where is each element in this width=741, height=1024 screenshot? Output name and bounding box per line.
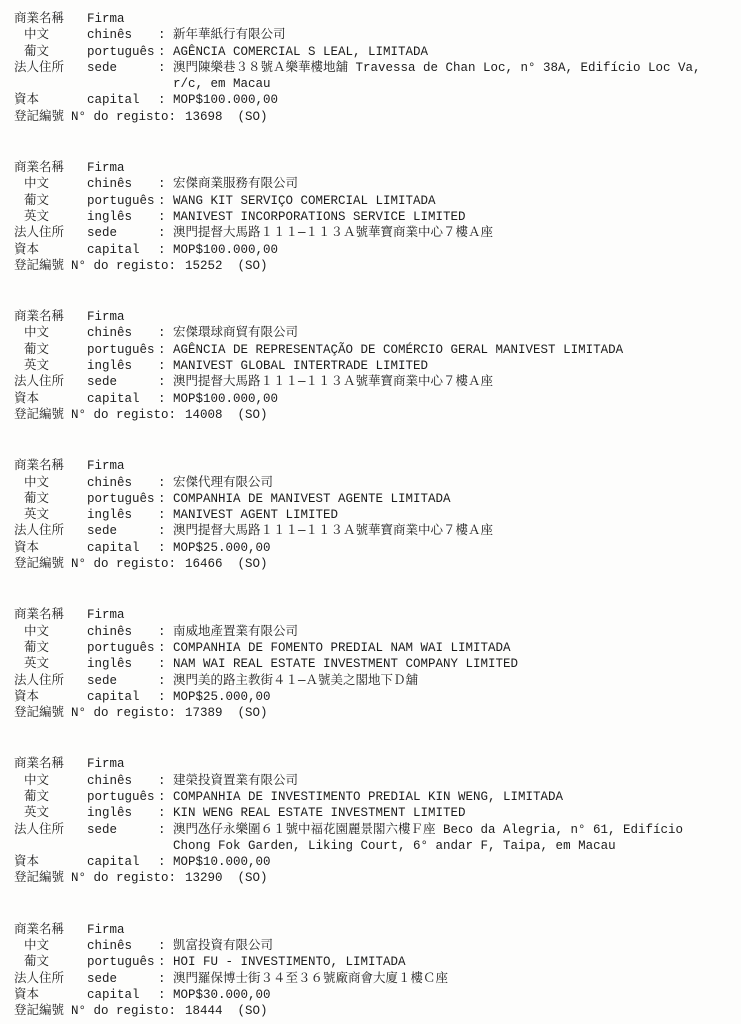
- field-value-cell: :澳門美的路主教街４１—Ａ號美之閣地下Ｄ舖: [158, 673, 725, 689]
- field-value-cell: :宏傑商業服務有限公司: [158, 176, 725, 192]
- field-row: 法人住所sede:澳門羅保博士街３４至３６號廠商會大廈１樓Ｃ座: [14, 971, 725, 987]
- record-block-3: 商業名稱Firma中文chinês:宏傑環球商貿有限公司葡文português:…: [14, 309, 725, 423]
- label-chinese: 法人住所: [14, 523, 87, 539]
- label-portuguese: sede: [87, 822, 158, 838]
- label-portuguese: capital: [87, 242, 158, 258]
- field-row: 登記編號N° do registo:16466 (SO): [14, 556, 725, 572]
- label-portuguese: chinês: [87, 624, 158, 640]
- label-chinese: 登記編號: [14, 258, 64, 274]
- label-chinese: 中文: [14, 325, 87, 341]
- field-row: 資本capital:MOP$100.000,00: [14, 92, 725, 108]
- field-value-cell: :南威地產置業有限公司: [158, 624, 725, 640]
- label-chinese: 資本: [14, 92, 87, 108]
- field-row: 商業名稱Firma: [14, 756, 725, 772]
- label-portuguese: sede: [87, 60, 158, 76]
- field-value-cell: :WANG KIT SERVIÇO COMERCIAL LIMITADA: [158, 193, 725, 209]
- field-row: 資本capital:MOP$10.000,00: [14, 854, 725, 870]
- field-row: 登記編號N° do registo:17389 (SO): [14, 705, 725, 721]
- field-row: 葡文português:HOI FU - INVESTIMENTO, LIMIT…: [14, 954, 725, 970]
- label-chinese: 英文: [14, 209, 87, 225]
- label-portuguese: N° do registo:: [71, 556, 176, 572]
- field-value: 18444 (SO): [185, 1003, 268, 1019]
- field-row: 商業名稱Firma: [14, 922, 725, 938]
- label-portuguese: N° do registo:: [71, 258, 176, 274]
- field-value: MANIVEST GLOBAL INTERTRADE LIMITED: [173, 358, 725, 374]
- field-value: COMPANHIA DE INVESTIMENTO PREDIAL KIN WE…: [173, 789, 725, 805]
- field-row: 葡文português:WANG KIT SERVIÇO COMERCIAL L…: [14, 193, 725, 209]
- label-chinese: 資本: [14, 540, 87, 556]
- field-row: 法人住所sede:澳門提督大馬路１１１—１１３Ａ號華寶商業中心７樓Ａ座: [14, 523, 725, 539]
- label-portuguese: capital: [87, 854, 158, 870]
- field-value: 凱富投資有限公司: [173, 938, 725, 954]
- field-value: AGÊNCIA COMERCIAL S LEAL, LIMITADA: [173, 44, 725, 60]
- field-row: 法人住所sede:澳門美的路主教街４１—Ａ號美之閣地下Ｄ舖: [14, 673, 725, 689]
- record-block-5: 商業名稱Firma中文chinês:南威地產置業有限公司葡文português:…: [14, 607, 725, 721]
- field-value-cell: 17389 (SO): [185, 705, 268, 721]
- field-value: 16466 (SO): [185, 556, 268, 572]
- colon-separator: :: [158, 954, 173, 970]
- label-chinese: 英文: [14, 805, 87, 821]
- record-block-6: 商業名稱Firma中文chinês:建榮投資置業有限公司葡文português:…: [14, 756, 725, 886]
- field-row: 中文chinês:宏傑商業服務有限公司: [14, 176, 725, 192]
- label-portuguese: sede: [87, 523, 158, 539]
- label-portuguese: inglês: [87, 656, 158, 672]
- field-value: MOP$25.000,00: [173, 540, 725, 556]
- field-row: 商業名稱Firma: [14, 607, 725, 623]
- field-row: 商業名稱Firma: [14, 160, 725, 176]
- field-value: 15252 (SO): [185, 258, 268, 274]
- registry-page: 商業名稱Firma中文chinês:新年華紙行有限公司葡文português:A…: [0, 0, 741, 1024]
- label-portuguese: Firma: [87, 309, 158, 325]
- colon-separator: :: [158, 673, 173, 689]
- label-portuguese: capital: [87, 689, 158, 705]
- record-block-2: 商業名稱Firma中文chinês:宏傑商業服務有限公司葡文português:…: [14, 160, 725, 274]
- label-portuguese: inglês: [87, 805, 158, 821]
- label-portuguese: Firma: [87, 11, 158, 27]
- label-chinese: 葡文: [14, 789, 87, 805]
- field-value-cell: :MANIVEST GLOBAL INTERTRADE LIMITED: [158, 358, 725, 374]
- field-value: MOP$25.000,00: [173, 689, 725, 705]
- label-chinese: 葡文: [14, 491, 87, 507]
- field-row: 資本capital:MOP$30.000,00: [14, 987, 725, 1003]
- label-chinese: 葡文: [14, 193, 87, 209]
- field-row: 中文chinês:南威地產置業有限公司: [14, 624, 725, 640]
- label-chinese: 中文: [14, 27, 87, 43]
- label-chinese: 中文: [14, 938, 87, 954]
- colon-separator: :: [158, 938, 173, 954]
- label-chinese: 登記編號: [14, 109, 64, 125]
- field-value-cell: :COMPANHIA DE INVESTIMENTO PREDIAL KIN W…: [158, 789, 725, 805]
- field-value-cell: :MOP$30.000,00: [158, 987, 725, 1003]
- label-portuguese: sede: [87, 374, 158, 390]
- field-row: 商業名稱Firma: [14, 458, 725, 474]
- field-row: 法人住所sede:澳門提督大馬路１１１—１１３Ａ號華寶商業中心７樓Ａ座: [14, 374, 725, 390]
- field-value-cell: :MOP$10.000,00: [158, 854, 725, 870]
- colon-separator: :: [158, 523, 173, 539]
- field-value-cell: 16466 (SO): [185, 556, 268, 572]
- field-value: MOP$10.000,00: [173, 854, 725, 870]
- field-row: 中文chinês:宏傑代理有限公司: [14, 475, 725, 491]
- label-portuguese: capital: [87, 92, 158, 108]
- label-chinese: 商業名稱: [14, 756, 87, 772]
- field-value: 澳門美的路主教街４１—Ａ號美之閣地下Ｄ舖: [173, 673, 725, 689]
- label-portuguese: chinês: [87, 475, 158, 491]
- field-row: 登記編號N° do registo:18444 (SO): [14, 1003, 725, 1019]
- label-portuguese: português: [87, 640, 158, 656]
- label-portuguese: chinês: [87, 325, 158, 341]
- colon-separator: :: [158, 987, 173, 1003]
- label-portuguese: Firma: [87, 922, 158, 938]
- label-chinese: 法人住所: [14, 225, 87, 241]
- field-row: 中文chinês:宏傑環球商貿有限公司: [14, 325, 725, 341]
- label-portuguese: Firma: [87, 607, 158, 623]
- colon-separator: :: [158, 242, 173, 258]
- colon-separator: :: [158, 805, 173, 821]
- field-value: COMPANHIA DE MANIVEST AGENTE LIMITADA: [173, 491, 725, 507]
- field-value-cell: :宏傑環球商貿有限公司: [158, 325, 725, 341]
- label-chinese: 登記編號: [14, 705, 64, 721]
- label-portuguese: Firma: [87, 160, 158, 176]
- field-value-cell: :澳門氹仔永樂圍６１號中福花園麗景閣六樓Ｆ座 Beco da Alegria, …: [158, 822, 725, 855]
- colon-separator: :: [158, 689, 173, 705]
- field-row: 中文chinês:建榮投資置業有限公司: [14, 773, 725, 789]
- colon-separator: :: [158, 507, 173, 523]
- label-portuguese: chinês: [87, 773, 158, 789]
- label-chinese: 英文: [14, 656, 87, 672]
- label-chinese: 商業名稱: [14, 309, 87, 325]
- field-value: WANG KIT SERVIÇO COMERCIAL LIMITADA: [173, 193, 725, 209]
- field-row: 資本capital:MOP$25.000,00: [14, 540, 725, 556]
- label-chinese: 英文: [14, 358, 87, 374]
- colon-separator: :: [158, 342, 173, 358]
- field-row: 英文inglês:KIN WENG REAL ESTATE INVESTMENT…: [14, 805, 725, 821]
- colon-separator: :: [158, 209, 173, 225]
- label-portuguese: chinês: [87, 938, 158, 954]
- label-chinese: 葡文: [14, 44, 87, 60]
- record-block-4: 商業名稱Firma中文chinês:宏傑代理有限公司葡文português:CO…: [14, 458, 725, 572]
- field-value-cell: :COMPANHIA DE FOMENTO PREDIAL NAM WAI LI…: [158, 640, 725, 656]
- field-value: 澳門羅保博士街３４至３６號廠商會大廈１樓Ｃ座: [173, 971, 725, 987]
- field-value: 澳門提督大馬路１１１—１１３Ａ號華寶商業中心７樓Ａ座: [173, 225, 725, 241]
- field-row: 中文chinês:新年華紙行有限公司: [14, 27, 725, 43]
- label-chinese: 英文: [14, 507, 87, 523]
- field-value: 14008 (SO): [185, 407, 268, 423]
- field-value-cell: 18444 (SO): [185, 1003, 268, 1019]
- label-chinese: 登記編號: [14, 870, 64, 886]
- label-chinese: 商業名稱: [14, 922, 87, 938]
- colon-separator: :: [158, 225, 173, 241]
- field-row: 法人住所sede:澳門陳樂巷３８號Ａ樂華樓地舖 Travessa de Chan…: [14, 60, 725, 93]
- label-portuguese: português: [87, 954, 158, 970]
- label-chinese: 商業名稱: [14, 11, 87, 27]
- label-portuguese: Firma: [87, 458, 158, 474]
- field-value: MANIVEST INCORPORATIONS SERVICE LIMITED: [173, 209, 725, 225]
- field-value: COMPANHIA DE FOMENTO PREDIAL NAM WAI LIM…: [173, 640, 725, 656]
- field-value-cell: :宏傑代理有限公司: [158, 475, 725, 491]
- label-portuguese: N° do registo:: [71, 870, 176, 886]
- label-chinese: 登記編號: [14, 407, 64, 423]
- colon-separator: :: [158, 475, 173, 491]
- colon-separator: :: [158, 491, 173, 507]
- field-row: 法人住所sede:澳門提督大馬路１１１—１１３Ａ號華寶商業中心７樓Ａ座: [14, 225, 725, 241]
- field-row: 資本capital:MOP$100.000,00: [14, 242, 725, 258]
- label-chinese: 法人住所: [14, 60, 87, 76]
- field-value-cell: :NAM WAI REAL ESTATE INVESTMENT COMPANY …: [158, 656, 725, 672]
- field-row: 中文chinês:凱富投資有限公司: [14, 938, 725, 954]
- field-value-cell: :KIN WENG REAL ESTATE INVESTMENT LIMITED: [158, 805, 725, 821]
- label-chinese: 葡文: [14, 954, 87, 970]
- field-row: 葡文português:COMPANHIA DE MANIVEST AGENTE…: [14, 491, 725, 507]
- label-chinese: 商業名稱: [14, 458, 87, 474]
- field-value: 宏傑代理有限公司: [173, 475, 725, 491]
- colon-separator: :: [158, 27, 173, 43]
- field-value-cell: :MOP$25.000,00: [158, 689, 725, 705]
- field-value: 澳門提督大馬路１１１—１１３Ａ號華寶商業中心７樓Ａ座: [173, 374, 725, 390]
- label-portuguese: inglês: [87, 209, 158, 225]
- field-value: 澳門陳樂巷３８號Ａ樂華樓地舖 Travessa de Chan Loc, n° …: [173, 60, 725, 93]
- field-value: MANIVEST AGENT LIMITED: [173, 507, 725, 523]
- field-row: 登記編號N° do registo:15252 (SO): [14, 258, 725, 274]
- colon-separator: :: [158, 822, 173, 838]
- field-row: 英文inglês:MANIVEST GLOBAL INTERTRADE LIMI…: [14, 358, 725, 374]
- field-value: KIN WENG REAL ESTATE INVESTMENT LIMITED: [173, 805, 725, 821]
- field-value-cell: :MOP$100.000,00: [158, 92, 725, 108]
- field-value: MOP$30.000,00: [173, 987, 725, 1003]
- label-chinese: 中文: [14, 624, 87, 640]
- label-chinese: 中文: [14, 176, 87, 192]
- label-portuguese: chinês: [87, 27, 158, 43]
- field-row: 英文inglês:MANIVEST AGENT LIMITED: [14, 507, 725, 523]
- field-value-cell: :MOP$100.000,00: [158, 242, 725, 258]
- field-value: 南威地產置業有限公司: [173, 624, 725, 640]
- label-chinese: 法人住所: [14, 822, 87, 838]
- colon-separator: :: [158, 971, 173, 987]
- field-value: 澳門提督大馬路１１１—１１３Ａ號華寶商業中心７樓Ａ座: [173, 523, 725, 539]
- field-value: 宏傑環球商貿有限公司: [173, 325, 725, 341]
- label-chinese: 葡文: [14, 640, 87, 656]
- field-value-cell: :MANIVEST AGENT LIMITED: [158, 507, 725, 523]
- field-value-cell: 15252 (SO): [185, 258, 268, 274]
- field-value: 澳門氹仔永樂圍６１號中福花園麗景閣六樓Ｆ座 Beco da Alegria, n…: [173, 822, 725, 855]
- label-portuguese: capital: [87, 391, 158, 407]
- field-value-cell: :MOP$25.000,00: [158, 540, 725, 556]
- field-value-cell: 14008 (SO): [185, 407, 268, 423]
- label-portuguese: português: [87, 193, 158, 209]
- field-value-cell: :建榮投資置業有限公司: [158, 773, 725, 789]
- label-portuguese: N° do registo:: [71, 109, 176, 125]
- field-value-cell: :MOP$100.000,00: [158, 391, 725, 407]
- field-value-cell: :澳門陳樂巷３８號Ａ樂華樓地舖 Travessa de Chan Loc, n°…: [158, 60, 725, 93]
- label-portuguese: português: [87, 789, 158, 805]
- field-row: 登記編號N° do registo:13290 (SO): [14, 870, 725, 886]
- field-row: 法人住所sede:澳門氹仔永樂圍６１號中福花園麗景閣六樓Ｆ座 Beco da A…: [14, 822, 725, 855]
- field-value: 13698 (SO): [185, 109, 268, 125]
- field-value-cell: :澳門提督大馬路１１１—１１３Ａ號華寶商業中心７樓Ａ座: [158, 374, 725, 390]
- label-chinese: 商業名稱: [14, 607, 87, 623]
- field-value: 13290 (SO): [185, 870, 268, 886]
- field-value-cell: :MANIVEST INCORPORATIONS SERVICE LIMITED: [158, 209, 725, 225]
- field-value-cell: 13290 (SO): [185, 870, 268, 886]
- label-chinese: 中文: [14, 475, 87, 491]
- colon-separator: :: [158, 374, 173, 390]
- label-portuguese: capital: [87, 540, 158, 556]
- field-row: 商業名稱Firma: [14, 11, 725, 27]
- field-value: MOP$100.000,00: [173, 391, 725, 407]
- label-portuguese: português: [87, 342, 158, 358]
- label-portuguese: inglês: [87, 507, 158, 523]
- label-portuguese: inglês: [87, 358, 158, 374]
- field-value: 17389 (SO): [185, 705, 268, 721]
- field-row: 資本capital:MOP$25.000,00: [14, 689, 725, 705]
- label-portuguese: N° do registo:: [71, 1003, 176, 1019]
- colon-separator: :: [158, 358, 173, 374]
- label-portuguese: sede: [87, 673, 158, 689]
- colon-separator: :: [158, 854, 173, 870]
- field-value-cell: :AGÊNCIA DE REPRESENTAÇÃO DE COMÉRCIO GE…: [158, 342, 725, 358]
- field-value-cell: 13698 (SO): [185, 109, 268, 125]
- field-value-cell: :新年華紙行有限公司: [158, 27, 725, 43]
- label-chinese: 資本: [14, 391, 87, 407]
- colon-separator: :: [158, 92, 173, 108]
- field-row: 英文inglês:MANIVEST INCORPORATIONS SERVICE…: [14, 209, 725, 225]
- label-chinese: 法人住所: [14, 374, 87, 390]
- label-portuguese: N° do registo:: [71, 407, 176, 423]
- label-chinese: 葡文: [14, 342, 87, 358]
- field-value: AGÊNCIA DE REPRESENTAÇÃO DE COMÉRCIO GER…: [173, 342, 725, 358]
- label-portuguese: capital: [87, 987, 158, 1003]
- field-value: 建榮投資置業有限公司: [173, 773, 725, 789]
- colon-separator: :: [158, 176, 173, 192]
- field-value: HOI FU - INVESTIMENTO, LIMITADA: [173, 954, 725, 970]
- label-chinese: 資本: [14, 242, 87, 258]
- label-chinese: 法人住所: [14, 673, 87, 689]
- label-portuguese: N° do registo:: [71, 705, 176, 721]
- field-value-cell: :凱富投資有限公司: [158, 938, 725, 954]
- field-value: MOP$100.000,00: [173, 92, 725, 108]
- field-row: 葡文português:COMPANHIA DE INVESTIMENTO PR…: [14, 789, 725, 805]
- label-chinese: 登記編號: [14, 1003, 64, 1019]
- record-block-1: 商業名稱Firma中文chinês:新年華紙行有限公司葡文português:A…: [14, 11, 725, 125]
- field-value: NAM WAI REAL ESTATE INVESTMENT COMPANY L…: [173, 656, 725, 672]
- label-chinese: 資本: [14, 854, 87, 870]
- colon-separator: :: [158, 325, 173, 341]
- label-portuguese: sede: [87, 225, 158, 241]
- field-value: MOP$100.000,00: [173, 242, 725, 258]
- label-chinese: 資本: [14, 987, 87, 1003]
- field-row: 商業名稱Firma: [14, 309, 725, 325]
- field-value-cell: :HOI FU - INVESTIMENTO, LIMITADA: [158, 954, 725, 970]
- label-chinese: 商業名稱: [14, 160, 87, 176]
- label-chinese: 登記編號: [14, 556, 64, 572]
- field-value: 新年華紙行有限公司: [173, 27, 725, 43]
- field-row: 登記編號N° do registo:13698 (SO): [14, 109, 725, 125]
- label-chinese: 法人住所: [14, 971, 87, 987]
- field-value-cell: :澳門羅保博士街３４至３６號廠商會大廈１樓Ｃ座: [158, 971, 725, 987]
- colon-separator: :: [158, 624, 173, 640]
- label-portuguese: chinês: [87, 176, 158, 192]
- field-row: 資本capital:MOP$100.000,00: [14, 391, 725, 407]
- label-portuguese: português: [87, 491, 158, 507]
- field-value-cell: :COMPANHIA DE MANIVEST AGENTE LIMITADA: [158, 491, 725, 507]
- label-portuguese: Firma: [87, 756, 158, 772]
- colon-separator: :: [158, 60, 173, 76]
- field-row: 葡文português:COMPANHIA DE FOMENTO PREDIAL…: [14, 640, 725, 656]
- field-value-cell: :澳門提督大馬路１１１—１１３Ａ號華寶商業中心７樓Ａ座: [158, 523, 725, 539]
- field-row: 英文inglês:NAM WAI REAL ESTATE INVESTMENT …: [14, 656, 725, 672]
- colon-separator: :: [158, 540, 173, 556]
- field-value-cell: :澳門提督大馬路１１１—１１３Ａ號華寶商業中心７樓Ａ座: [158, 225, 725, 241]
- label-chinese: 中文: [14, 773, 87, 789]
- record-block-7: 商業名稱Firma中文chinês:凱富投資有限公司葡文português:HO…: [14, 922, 725, 1020]
- label-chinese: 資本: [14, 689, 87, 705]
- colon-separator: :: [158, 193, 173, 209]
- field-value: 宏傑商業服務有限公司: [173, 176, 725, 192]
- colon-separator: :: [158, 44, 173, 60]
- colon-separator: :: [158, 391, 173, 407]
- field-row: 葡文português:AGÊNCIA DE REPRESENTAÇÃO DE …: [14, 342, 725, 358]
- label-portuguese: português: [87, 44, 158, 60]
- label-portuguese: sede: [87, 971, 158, 987]
- field-value-cell: :AGÊNCIA COMERCIAL S LEAL, LIMITADA: [158, 44, 725, 60]
- colon-separator: :: [158, 656, 173, 672]
- colon-separator: :: [158, 789, 173, 805]
- field-row: 登記編號N° do registo:14008 (SO): [14, 407, 725, 423]
- colon-separator: :: [158, 773, 173, 789]
- colon-separator: :: [158, 640, 173, 656]
- field-row: 葡文português:AGÊNCIA COMERCIAL S LEAL, LI…: [14, 44, 725, 60]
